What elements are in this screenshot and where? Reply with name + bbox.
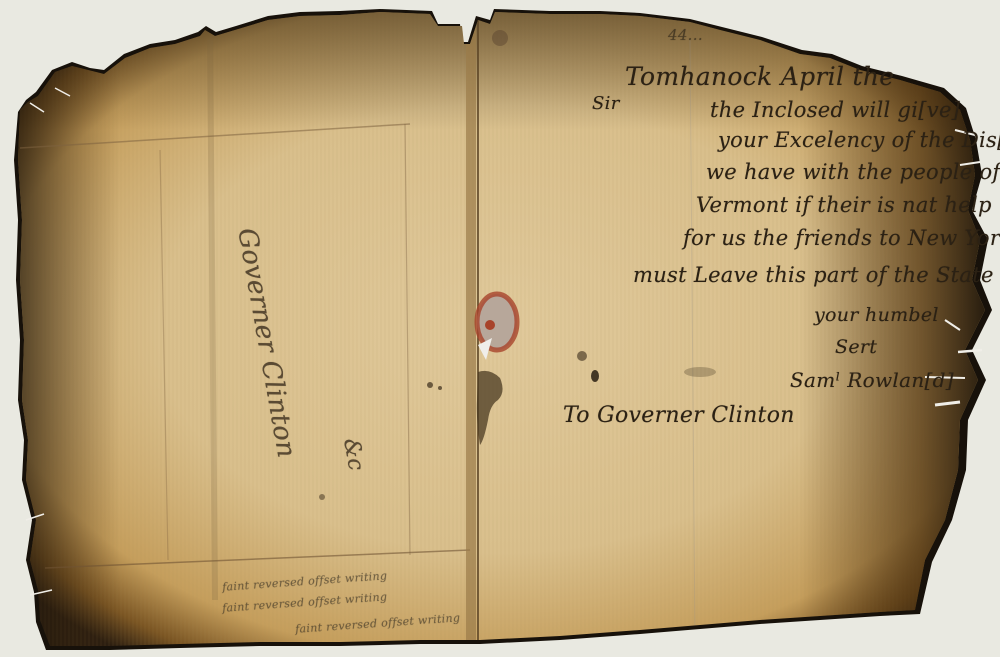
letter-line-1: the Inclosed will gi[ve] <box>710 98 960 122</box>
letter-addressee: To Governer Clinton <box>563 403 795 428</box>
letter-line-4: Vermont if their is nat help <box>696 193 992 217</box>
letter-line-2: your Excelency of the Dis[pute] <box>718 128 1000 152</box>
address-panel-suffix: &c <box>338 436 368 472</box>
letter-closing-1: your humbel <box>814 304 939 326</box>
letter-line-5: for us the friends to New York <box>683 226 1000 250</box>
letter-signature: Samˡ Rowlan[d] <box>790 368 954 392</box>
letter-place-date: Tomhanock April the <box>625 62 894 91</box>
letter-line-6: must Leave this part of the State <box>633 263 994 287</box>
archive-number: 44... <box>668 26 703 44</box>
letter-salutation: Sir <box>592 93 620 114</box>
document-scan: 44... Tomhanock April the Sir the Inclos… <box>0 0 1000 657</box>
letter-line-3: we have with the people of <box>706 160 1000 184</box>
letter-closing-2: Sert <box>835 336 877 358</box>
